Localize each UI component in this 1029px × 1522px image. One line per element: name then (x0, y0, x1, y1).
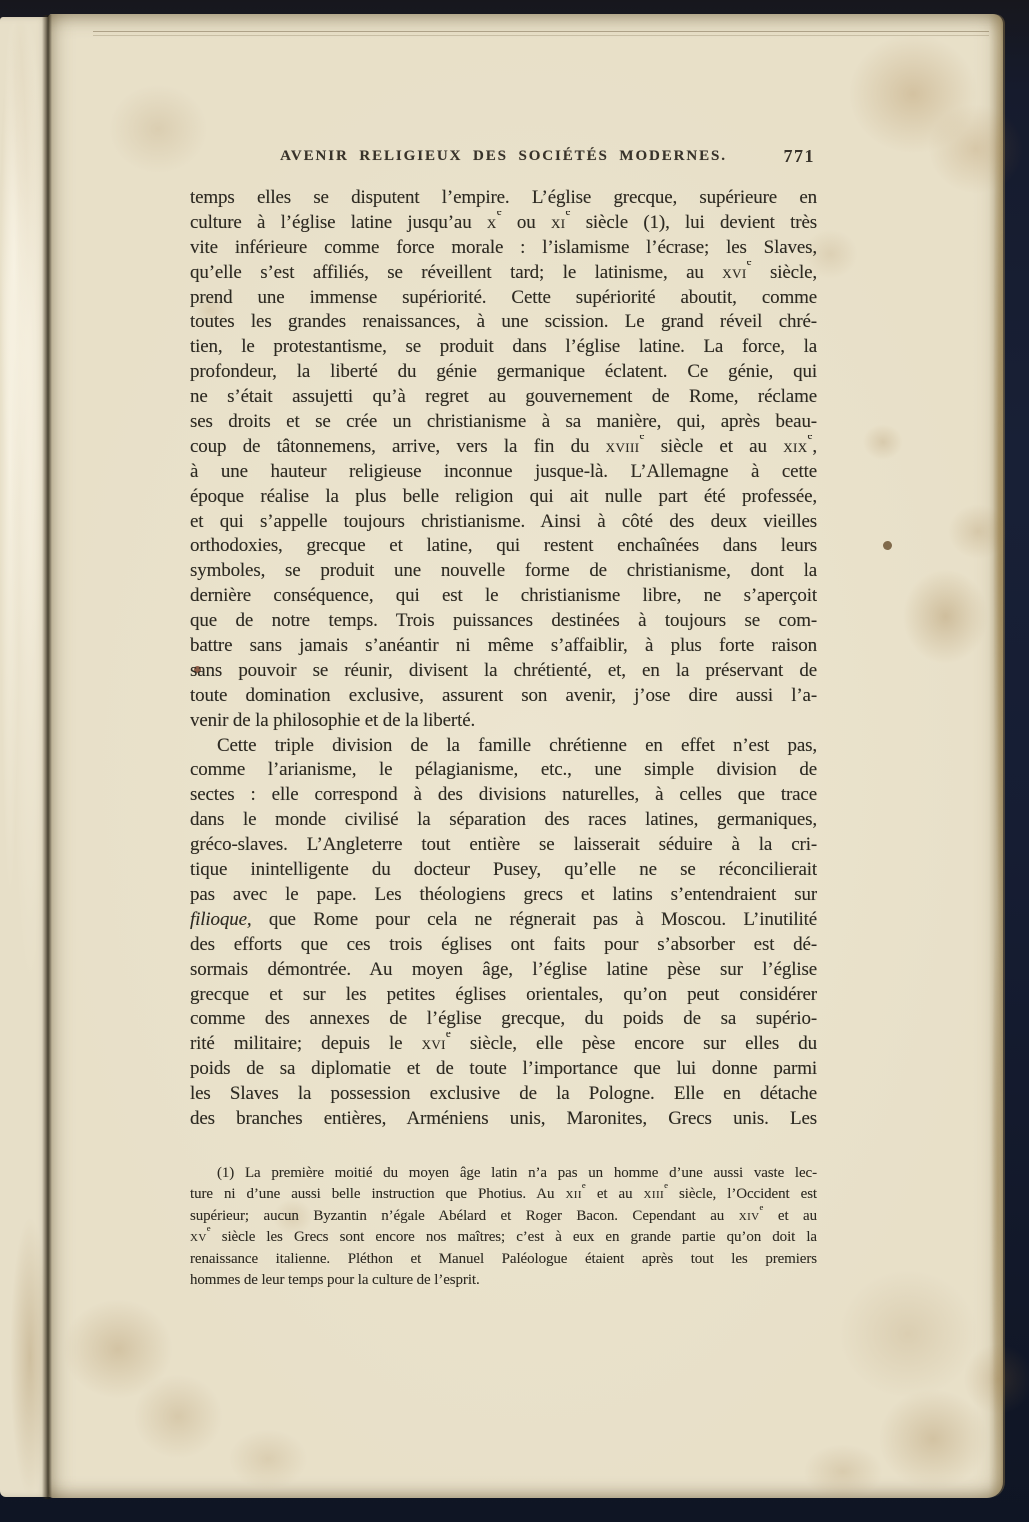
deckle-edge (989, 14, 1005, 1498)
text-line: temps elles se disputent l’empire. L’égl… (190, 186, 817, 211)
text-line: culture à l’église latine jusqu’au xe ou… (190, 211, 817, 236)
text-line: renaissance italienne. Pléthon et Manuel… (190, 1249, 817, 1270)
text-line: époque réalise la plus belle religion qu… (190, 485, 817, 510)
text-line: tique inintelligente du docteur Pusey, q… (190, 858, 817, 883)
text-line: venir de la philosophie et de la liberté… (190, 709, 817, 734)
text-line: comme des annexes de l’église grecque, d… (190, 1007, 817, 1032)
foxing-stain (848, 34, 978, 154)
text-line: supérieur; aucun Byzantin n’égale Abélar… (190, 1206, 817, 1227)
text-line: toute domination exclusive, assurent son… (190, 684, 817, 709)
text-line: à une hauteur religieuse inconnue jusque… (190, 460, 817, 485)
body-paragraph-2: Cette triple division de la famille chré… (190, 734, 817, 1132)
book-page: AVENIR RELIGIEUX DES SOCIÉTÉS MODERNES. … (48, 14, 1003, 1498)
text-line: que de notre temps. Trois puissances des… (190, 609, 817, 634)
page-number: 771 (784, 146, 816, 167)
foxing-stain (878, 1389, 988, 1489)
text-line: prend une immense supériorité. Cette sup… (190, 286, 817, 311)
text-line: (1) La première moitié du moyen âge lati… (190, 1163, 817, 1184)
text-line: comme l’arianisme, le pélagianisme, etc.… (190, 758, 817, 783)
text-line: hommes de leur temps pour la culture de … (190, 1270, 817, 1291)
text-line: dans le monde civilisé la séparation des… (190, 808, 817, 833)
text-line: et qui s’appelle toujours christianisme.… (190, 510, 817, 535)
text-line: orthodoxies, grecque et latine, qui rest… (190, 534, 817, 559)
text-line: toutes les grandes renaissances, à une s… (190, 310, 817, 335)
text-line: poids de sa diplomatie et de toute l’imp… (190, 1057, 817, 1082)
text-line: pas avec le pape. Les théologiens grecs … (190, 883, 817, 908)
text-line: profondeur, la liberté du génie germaniq… (190, 360, 817, 385)
text-line: ture ni d’une aussi belle instruction qu… (190, 1184, 817, 1205)
text-line: sectes : elle correspond à des divisions… (190, 783, 817, 808)
text-line: battre sans jamais s’anéantir ni même s’… (190, 634, 817, 659)
text-line: grecque et sur les petites églises orien… (190, 983, 817, 1008)
footnote-paragraph: (1) La première moitié du moyen âge lati… (190, 1163, 817, 1291)
running-title: AVENIR RELIGIEUX DES SOCIÉTÉS MODERNES. (190, 148, 817, 165)
text-line: sans pouvoir se réunir, divisent la chré… (190, 659, 817, 684)
text-line: des branches entières, Arméniens unis, M… (190, 1107, 817, 1132)
text-line: ne s’était assujetti qu’à regret au gouv… (190, 385, 817, 410)
foxing-stain (883, 541, 892, 550)
text-line: filioque, que Rome pour cela ne régnerai… (190, 908, 817, 933)
text-line: les Slaves la possession exclusive de la… (190, 1082, 817, 1107)
foxing-stain (903, 569, 988, 664)
footnote: (1) La première moitié du moyen âge lati… (190, 1163, 817, 1291)
text-line: symboles, se produit une nouvelle forme … (190, 559, 817, 584)
text-line: qu’elle s’est affiliés, se réveillent ta… (190, 261, 817, 286)
page-header: AVENIR RELIGIEUX DES SOCIÉTÉS MODERNES. … (190, 148, 817, 174)
text-line: rité militaire; depuis le xvie siècle, e… (190, 1032, 817, 1057)
text-line: des efforts que ces trois églises ont fa… (190, 933, 817, 958)
page-top-edge (93, 31, 989, 32)
text-line: coup de tâtonnemens, arrive, vers la fin… (190, 435, 817, 460)
foxing-stain (863, 424, 903, 460)
text-line: sormais démontrée. Au moyen âge, l’églis… (190, 958, 817, 983)
text-line: xve siècle les Grecs sont encore nos maî… (190, 1227, 817, 1248)
foxing-stain (63, 1299, 173, 1399)
body-paragraph-1: temps elles se disputent l’empire. L’égl… (190, 186, 817, 734)
foxing-stain (803, 1444, 883, 1499)
foxing-stain (228, 1429, 308, 1489)
text-line: ses droits et se crée un christianisme à… (190, 410, 817, 435)
text-line: gréco-slaves. L’Angleterre tout entière … (190, 833, 817, 858)
text-line: vite inférieure comme force morale : l’i… (190, 236, 817, 261)
foxing-stain (133, 1374, 223, 1459)
gutter-crease (42, 15, 52, 1499)
foxing-stain (838, 1269, 978, 1399)
page-top-edge (93, 35, 989, 36)
body-text: temps elles se disputent l’empire. L’égl… (190, 186, 817, 1132)
text-line: dernière conséquence, qui est le christi… (190, 584, 817, 609)
text-line: Cette triple division de la famille chré… (190, 734, 817, 759)
text-line: tien, le protestantisme, se produit dans… (190, 335, 817, 360)
